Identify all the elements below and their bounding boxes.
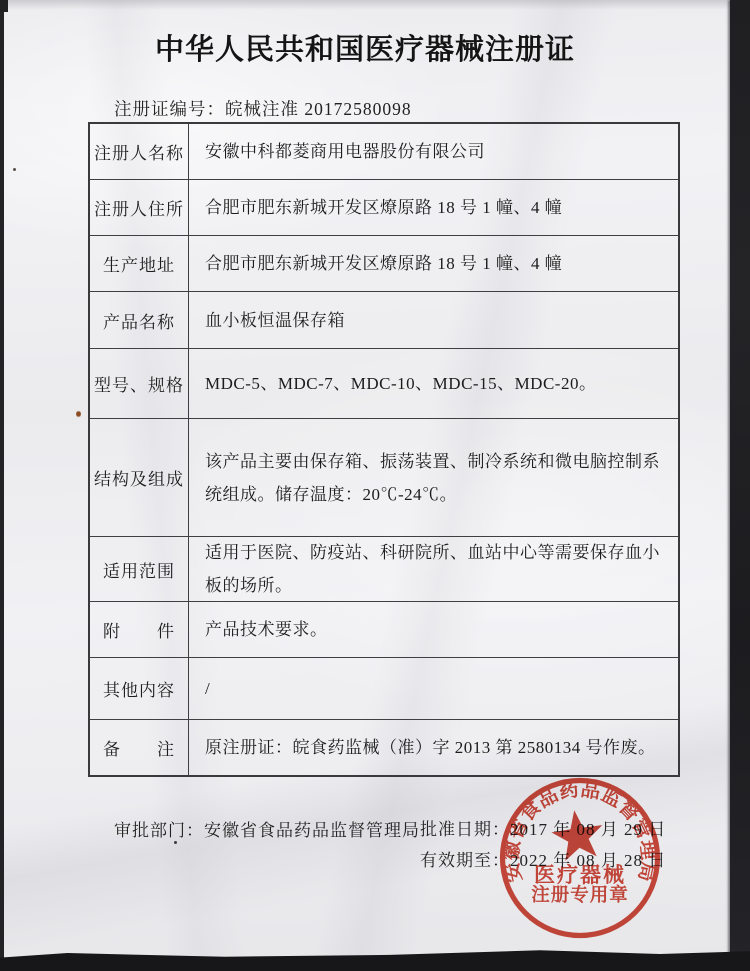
row-label: 生产地址 xyxy=(90,236,189,291)
row-label: 产品名称 xyxy=(90,292,189,348)
certificate-number-value: 皖械注准 20172580098 xyxy=(225,99,412,119)
paper-speck xyxy=(13,168,16,171)
row-label: 备 注 xyxy=(90,720,189,775)
row-value: 合肥市肥东新城开发区燎原路 18 号 1 幢、4 幢 xyxy=(189,180,678,235)
row-label: 注册人住所 xyxy=(90,180,189,235)
approval-department-label: 审批部门： xyxy=(114,821,204,840)
table-row: 注册人住所 合肥市肥东新城开发区燎原路 18 号 1 幢、4 幢 xyxy=(90,179,678,235)
certificate-number-label: 注册证编号： xyxy=(114,99,225,119)
table-row: 型号、规格 MDC-5、MDC-7、MDC-10、MDC-15、MDC-20。 xyxy=(90,348,678,418)
row-value: 适用于医院、防疫站、科研院所、血站中心等需要保存血小板的场所。 xyxy=(189,537,678,601)
certificate-title: 中华人民共和国医疗器械注册证 xyxy=(0,27,730,68)
table-row: 产品名称 血小板恒温保存箱 xyxy=(90,291,678,348)
row-label: 结构及组成 xyxy=(90,419,189,536)
table-row: 生产地址 合肥市肥东新城开发区燎原路 18 号 1 幢、4 幢 xyxy=(90,235,678,291)
official-seal-stamp: 安徽省食品药品监督管理局 医疗器械 注册专用章 xyxy=(496,774,664,942)
paper-speck xyxy=(76,410,81,418)
ink-dot xyxy=(174,841,177,844)
approval-department-line: 审批部门：安徽省食品药品监督管理局 xyxy=(114,816,420,841)
row-label: 注册人名称 xyxy=(90,124,189,179)
certificate-table: 注册人名称 安徽中科都菱商用电器股份有限公司 注册人住所 合肥市肥东新城开发区燎… xyxy=(88,122,680,777)
stamp-text-line2: 注册专用章 xyxy=(531,884,629,905)
row-value: 该产品主要由保存箱、振荡装置、制冷系统和微电脑控制系统组成。储存温度：20℃-2… xyxy=(189,419,678,536)
table-row: 其他内容 / xyxy=(90,657,678,719)
row-value: 产品技术要求。 xyxy=(189,602,678,657)
row-label: 适用范围 xyxy=(90,537,189,601)
row-value: 原注册证：皖食药监械（准）字 2013 第 2580134 号作废。 xyxy=(189,720,678,775)
row-value: 合肥市肥东新城开发区燎原路 18 号 1 幢、4 幢 xyxy=(189,236,678,291)
scan-corner-top-left xyxy=(0,0,8,12)
row-label: 其他内容 xyxy=(90,658,189,719)
table-row: 注册人名称 安徽中科都菱商用电器股份有限公司 xyxy=(90,124,678,179)
table-row: 备 注 原注册证：皖食药监械（准）字 2013 第 2580134 号作废。 xyxy=(90,719,678,775)
row-label: 附 件 xyxy=(90,602,189,657)
certificate-number-line: 注册证编号：皖械注准 20172580098 xyxy=(114,96,412,121)
table-row: 附 件 产品技术要求。 xyxy=(90,601,678,657)
scanned-certificate-page: 中华人民共和国医疗器械注册证 注册证编号：皖械注准 20172580098 注册… xyxy=(0,0,750,971)
stamp-star-icon xyxy=(549,807,607,863)
table-row: 适用范围 适用于医院、防疫站、科研院所、血站中心等需要保存血小板的场所。 xyxy=(90,536,678,601)
scan-edge-left xyxy=(0,0,4,971)
approval-department-value: 安徽省食品药品监督管理局 xyxy=(204,821,420,840)
scan-edge-right xyxy=(730,0,750,971)
row-value: 血小板恒温保存箱 xyxy=(189,292,678,348)
row-value: MDC-5、MDC-7、MDC-10、MDC-15、MDC-20。 xyxy=(189,349,678,418)
row-label: 型号、规格 xyxy=(90,349,189,418)
table-row: 结构及组成 该产品主要由保存箱、振荡装置、制冷系统和微电脑控制系统组成。储存温度… xyxy=(90,418,678,536)
row-value: 安徽中科都菱商用电器股份有限公司 xyxy=(189,124,678,179)
row-value: / xyxy=(189,658,678,719)
